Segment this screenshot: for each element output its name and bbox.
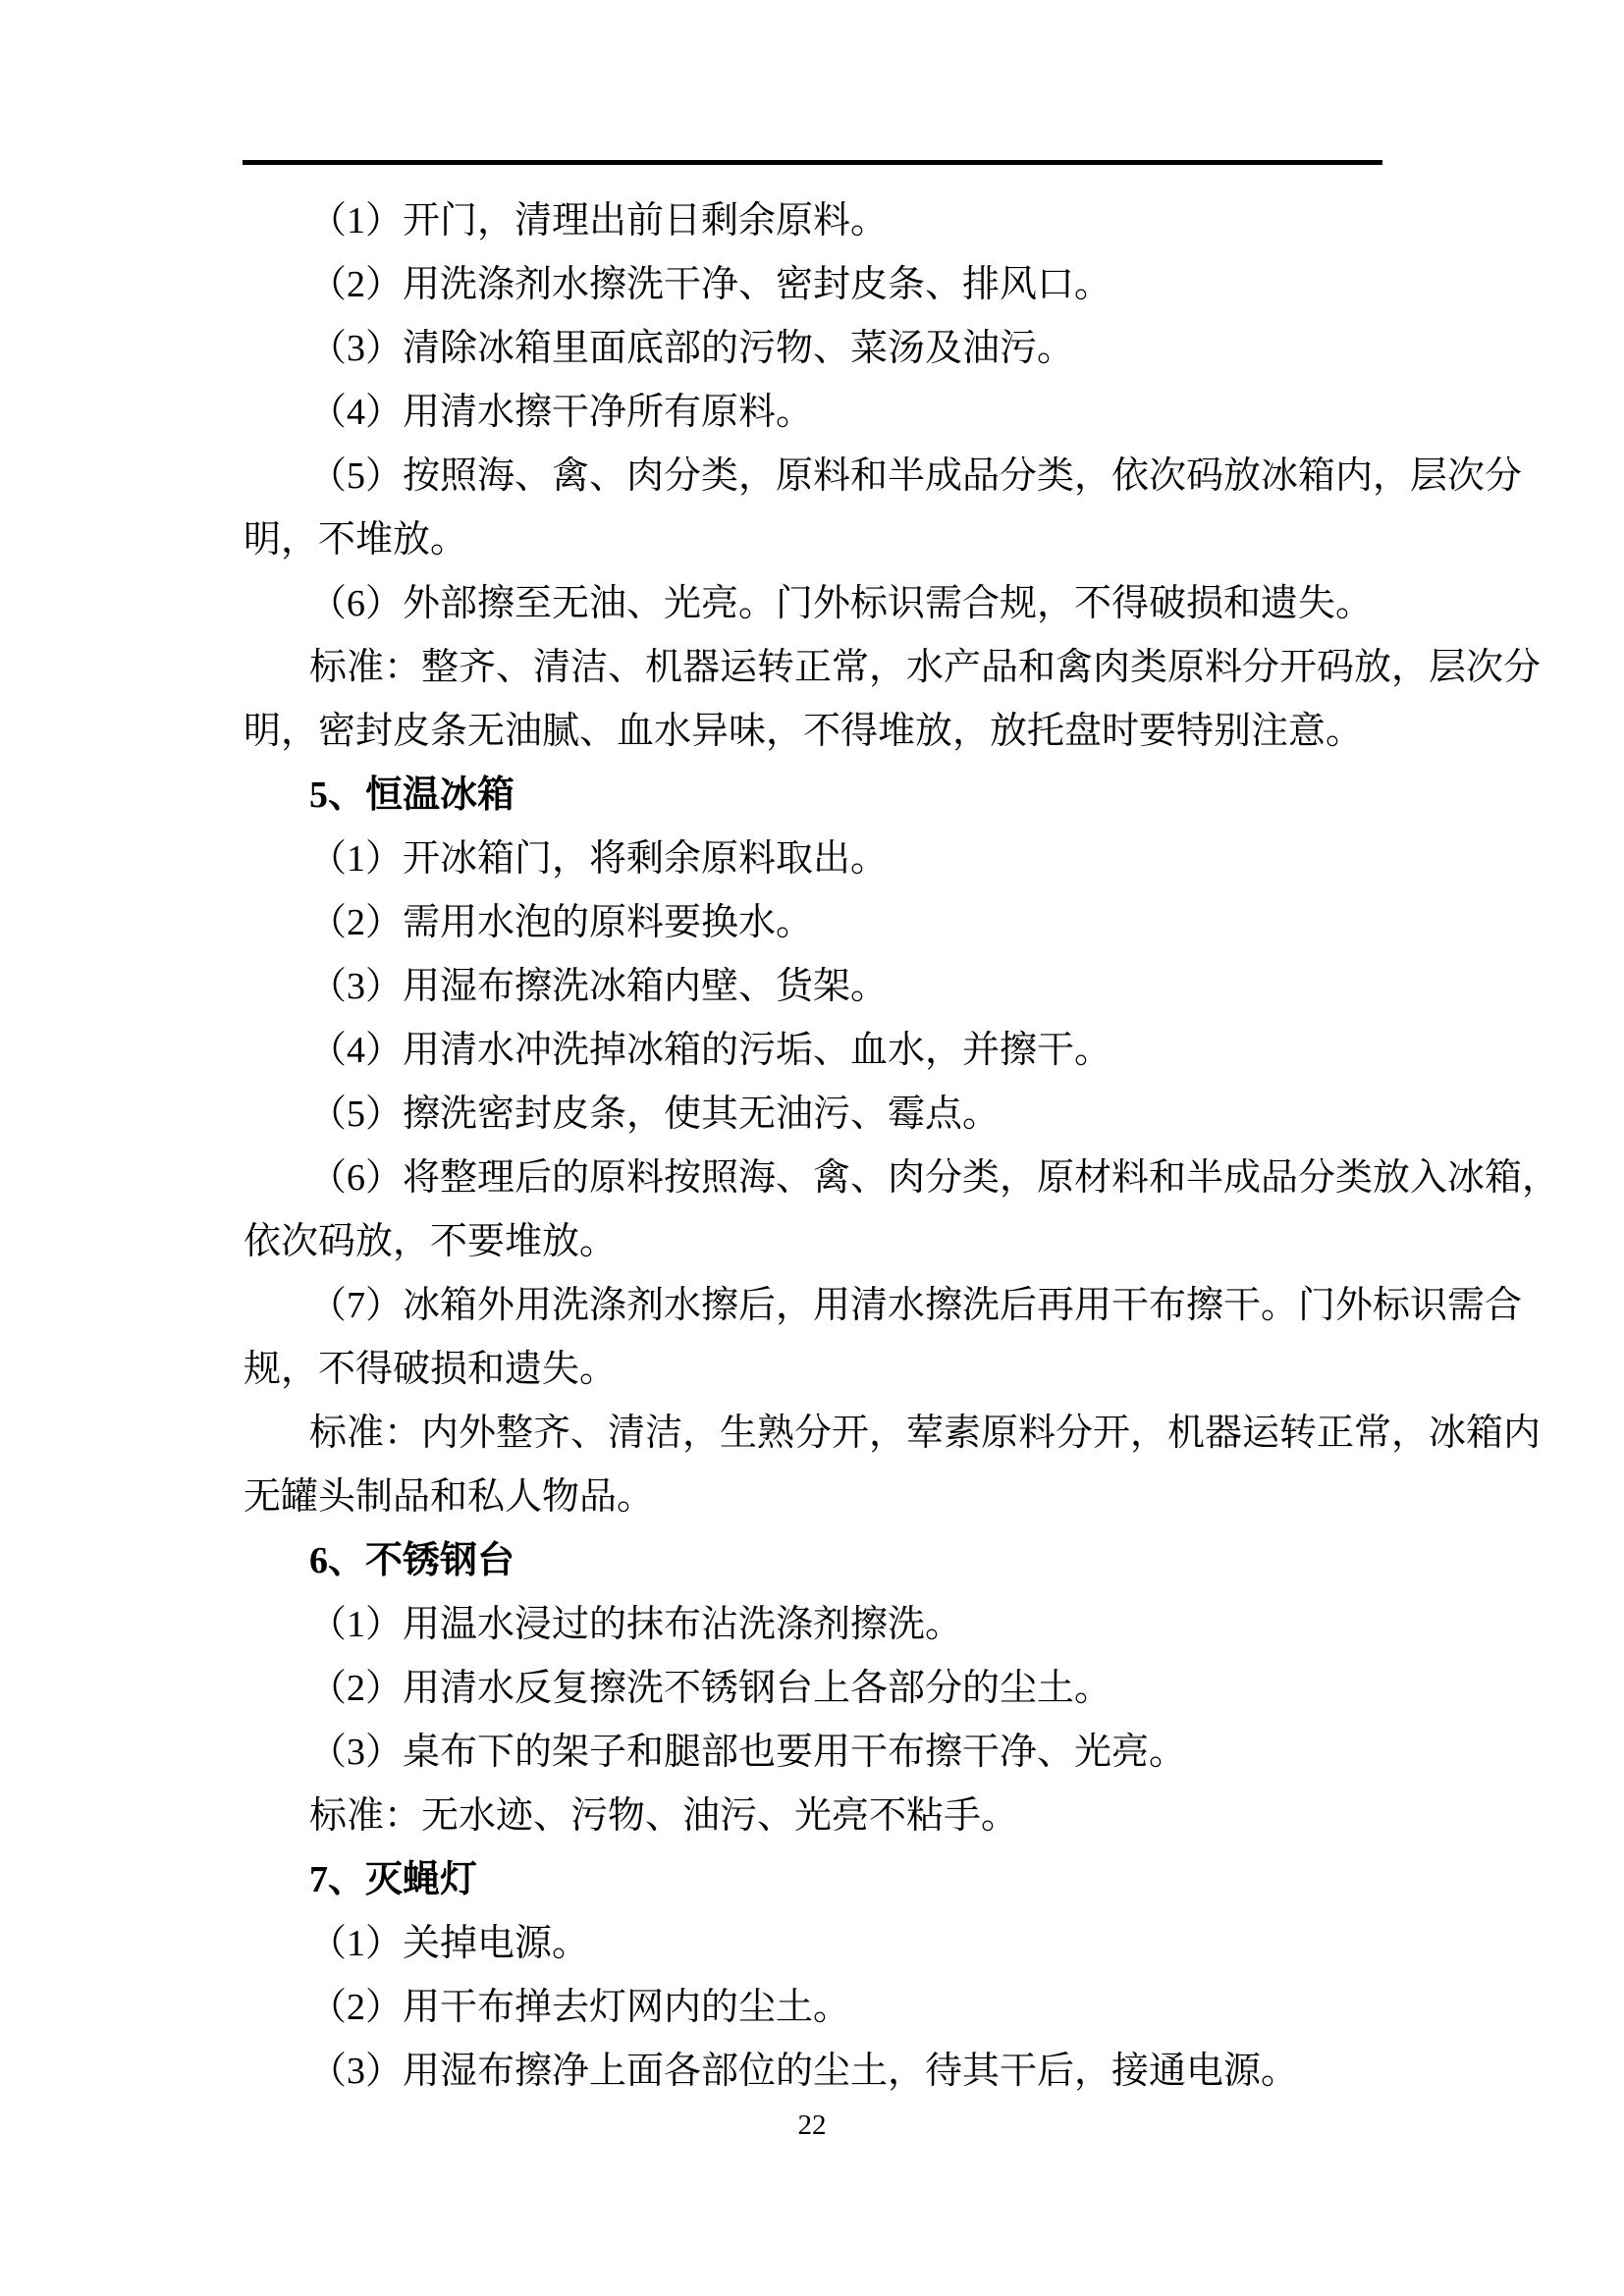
list-item-line: （3）桌布下的架子和腿部也要用干布擦干净、光亮。: [244, 1721, 1383, 1785]
list-item-line: （4）用清水擦干净所有原料。: [244, 381, 1383, 445]
document-body: （1）开门，清理出前日剩余原料。 （2）用洗涤剂水擦洗干净、密封皮条、排风口。 …: [244, 189, 1383, 2104]
standard-line: 标准：整齐、清洁、机器运转正常，水产品和禽肉类原料分开码放，层次分: [244, 636, 1383, 700]
header-rule: [243, 160, 1382, 165]
list-item-line: （7）冰箱外用洗涤剂水擦后，用清水擦洗后再用干布擦干。门外标识需合: [244, 1274, 1383, 1338]
page-number: 22: [0, 2109, 1624, 2142]
list-item-line: （6）将整理后的原料按照海、禽、肉分类，原材料和半成品分类放入冰箱，: [244, 1147, 1383, 1210]
list-item-line: （3）清除冰箱里面底部的污物、菜汤及油污。: [244, 317, 1383, 381]
list-item-line: （5）按照海、禽、肉分类，原料和半成品分类，依次码放冰箱内，层次分: [244, 445, 1383, 508]
standard-line: 标准：内外整齐、清洁，生熟分开，荤素原料分开，机器运转正常，冰箱内: [244, 1402, 1383, 1466]
list-item-line: （1）用温水浸过的抹布沾洗涤剂擦洗。: [244, 1593, 1383, 1657]
continuation-line: 无罐头制品和私人物品。: [244, 1466, 1383, 1529]
list-item-line: （3）用湿布擦净上面各部位的尘土，待其干后，接通电源。: [244, 2040, 1383, 2104]
section-heading: 7、灭蝇灯: [244, 1848, 1383, 1912]
list-item-line: （2）用洗涤剂水擦洗干净、密封皮条、排风口。: [244, 253, 1383, 317]
list-item-line: （1）开冰箱门，将剩余原料取出。: [244, 828, 1383, 891]
list-item-line: （2）用干布掸去灯网内的尘土。: [244, 1976, 1383, 2040]
document-page: （1）开门，清理出前日剩余原料。 （2）用洗涤剂水擦洗干净、密封皮条、排风口。 …: [0, 0, 1624, 2296]
list-item-line: （5）擦洗密封皮条，使其无油污、霉点。: [244, 1083, 1383, 1147]
standard-line: 标准：无水迹、污物、油污、光亮不粘手。: [244, 1785, 1383, 1848]
section-heading: 5、恒温冰箱: [244, 764, 1383, 828]
continuation-line: 明，不堆放。: [244, 508, 1383, 572]
list-item-line: （4）用清水冲洗掉冰箱的污垢、血水，并擦干。: [244, 1019, 1383, 1083]
list-item-line: （6）外部擦至无油、光亮。门外标识需合规，不得破损和遗失。: [244, 572, 1383, 636]
list-item-line: （2）用清水反复擦洗不锈钢台上各部分的尘土。: [244, 1657, 1383, 1721]
section-heading: 6、不锈钢台: [244, 1529, 1383, 1593]
list-item-line: （1）关掉电源。: [244, 1912, 1383, 1976]
list-item-line: （3）用湿布擦洗冰箱内壁、货架。: [244, 955, 1383, 1019]
continuation-line: 依次码放，不要堆放。: [244, 1210, 1383, 1274]
list-item-line: （2）需用水泡的原料要换水。: [244, 891, 1383, 955]
continuation-line: 明，密封皮条无油腻、血水异味，不得堆放，放托盘时要特别注意。: [244, 700, 1383, 764]
list-item-line: （1）开门，清理出前日剩余原料。: [244, 189, 1383, 253]
continuation-line: 规，不得破损和遗失。: [244, 1338, 1383, 1402]
